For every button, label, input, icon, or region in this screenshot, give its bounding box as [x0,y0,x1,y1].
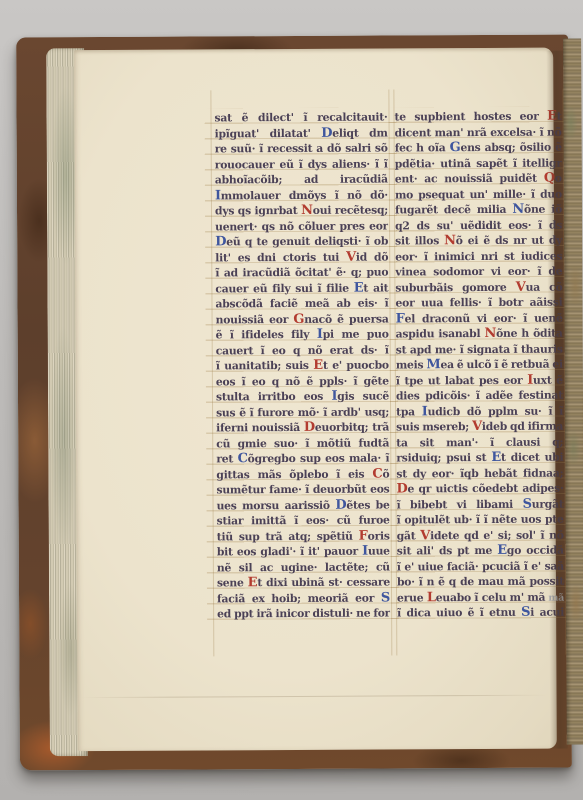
text-segment: gittas mãs õplebo ĩ eis [216,467,372,481]
text-segment: aspidu isanabl [396,327,485,340]
illuminated-initial: F [359,528,368,543]
text-line: ret Cõgregbo sup eos mala· ĩ sa [216,450,389,466]
text-line: ĩ ad iracũdiã õcitat' ẽ· q; puo [215,264,388,280]
text-segment: suburbãis gomore [395,280,515,294]
text-line: sus ẽ ĩ furore mõ· ĩ ardb' usq; ad [216,404,389,420]
text-segment: abscõdã faciẽ meã ab eis· ĩ õsidbo [215,296,388,311]
text-line: ĩ tpe ut labat pes eor Iuxt ẽ [396,372,563,388]
text-segment: sumẽtur fame· ĩ deuorbũt eos a [216,482,389,497]
text-segment: oui recẽtesq; [313,203,388,216]
text-segment: cauert ĩ eo q nõ erat ds· ĩ irritauit [216,343,389,358]
text-line: Deũ q te genuit deliqsti· ĩ ob [215,233,388,249]
text-line: De qr uictis cõedebt adipes· [396,481,563,497]
illuminated-initial: D [396,481,407,496]
text-segment: fec h oĩa [395,141,450,154]
text-segment: sus ẽ ĩ furore mõ· ĩ ardb' usq; ad [216,405,389,420]
text-line: te supbient hostes eor Et [394,109,561,125]
text-segment: iferni nouissiã [216,421,304,434]
illuminated-initial: G [450,140,461,155]
text-line: ed ppt irã inicor distuli· ne for [217,605,390,621]
text-line: uenert· qs nõ cõluer pres eor [215,218,388,234]
text-segment: e qr uictis cõedebt adipes· [407,482,563,496]
illuminated-initial: V [516,279,526,294]
illuminated-initial: E [354,280,364,295]
text-segment: ea ẽ ulcõ ĩ ẽ retbuã ei [440,358,562,372]
text-line: fugarẽt decẽ milia Nõne iõ [395,202,562,218]
text-segment: te supbient hostes eor [394,110,547,124]
text-line: re suũ· ĩ recessit a dõ salri sõ P [215,140,388,156]
text-line: dies pdicõis· ĩ adẽe festinat [396,388,563,404]
text-segment: pi me puo [323,327,389,340]
text-line: ta sit man'· ĩ clausi q; defecer [396,434,563,450]
illuminated-initial: V [472,419,482,434]
text-segment: ĩ dica uiuo ẽ ĩ etnu [397,606,521,620]
text-line: ẽ ĩ ifideles fily Ipi me puo [216,326,389,342]
text-segment: uue [368,544,390,557]
text-segment: re suũ· ĩ recessit a dõ salri sõ [215,141,388,155]
text-segment: ed ppt irã inicor distuli· ne for [217,606,390,620]
fore-edge-pages [563,38,583,744]
text-segment: tiũ sup trã atq; spẽtiũ [217,529,359,543]
text-line: st dy eor· ĩqb hebãt fidnaa; [396,465,563,481]
text-segment: st dy eor· ĩqb hebãt fidnaa; [396,466,563,480]
illuminated-initial: S [521,605,530,620]
text-line: stulta irritbo eos Igis sucẽ [216,388,389,404]
text-segment: q2 ds su' uẽdidit eos· ĩ ds õclu [395,218,562,233]
text-line: Immolauer dmõys ĩ nõ dõ· [215,187,388,203]
text-line: nouissiã eor Gnacõ ẽ puersa [216,311,389,327]
text-segment: sat ẽ dilect' ĩ recalcitauit· ĩcrassat' [214,110,387,125]
text-segment: erue [397,591,427,604]
text-segment: dicent man' nrã excelsa· ĩ nõ d' [395,125,562,140]
illuminated-initial: S [381,590,390,605]
illuminated-initial: L [427,590,436,605]
illuminated-initial: E [491,450,501,465]
text-segment: eũ q te genuit deliqsti· ĩ ob [226,234,388,248]
text-segment: ẽtes be [346,498,389,511]
text-line: ĩ uanitatib; suis Et e' puocbo [216,357,389,373]
text-segment: ĩ opitulẽt ub· ĩ ĩ nẽte uos pte [397,513,564,527]
text-line: vinea sodomor vi eor· ĩ de [395,264,562,280]
text-line: st apd me· ĩ signata ĩ thauris [396,341,563,357]
text-segment: sit ali' ds pt me [397,544,498,558]
text-line: nẽ sil ac ugine· lactẽte; cũ hoĩe [217,559,390,575]
text-segment: eos ĩ eo q nõ ẽ ppls· ĩ gẽte [216,374,389,388]
text-segment: ẽ ĩ ifideles fily [216,328,317,342]
text-line: pdẽtia· utinã sapẽt ĩ itelligr [395,155,562,171]
text-line: gittas mãs õplebo ĩ eis Cõ [216,466,389,482]
text-segment: euabo ĩ celu m' mã [436,590,546,604]
text-line: tpa Iudicb dõ pplm su· ĩ ĩ suis [396,403,563,419]
text-line: eos ĩ eo q nõ ẽ ppls· ĩ gẽte [216,373,389,389]
text-line: suburbãis gomore Vua cõ [395,279,562,295]
text-line: sit illos Nõ ei ẽ ds nr ut dy [395,233,562,249]
illuminated-initial: S [523,496,532,511]
text-segment: ent· ac nouissiã puidẽt [395,172,544,186]
text-line: lit' es dni ctoris tui Vid dõ [215,249,388,265]
text-segment: vinea sodomor vi eor· ĩ de [395,265,562,279]
text-segment: sit illos [395,234,444,247]
text-line: suis msereb; Videb qd ifirma [396,419,563,435]
text-line: ues morsu aarissiõ Dẽtes be [217,497,390,513]
text-segment: tpa [396,405,422,418]
text-line: meis Mea ẽ ulcõ ĩ ẽ retbuã ei [396,357,563,373]
illuminated-initial: N [444,233,456,248]
text-segment: rsiduiq; psui st [396,451,491,464]
text-segment: cauer eũ fily sui ĩ filie [215,281,353,295]
text-line: cauer eũ fily sui ĩ filie Et ait [215,280,388,296]
illuminated-initial: V [346,249,356,264]
text-segment: t dixi ubinã st· cessare [257,575,390,589]
text-segment: stulta irritbo eos [216,390,332,404]
text-segment: eor· ĩ inimici nri st iudices [395,249,562,263]
text-segment: lit' es dni ctoris tui [215,250,346,264]
text-line: sit ali' ds pt me Ego occidã [397,543,564,559]
text-segment: bo· ĩ n ẽ q de mau mã possit [397,575,564,589]
text-segment: faciã ex hoib; meoriã eor [217,591,381,605]
text-segment: t ait [363,281,388,294]
text-line: ĩ e' uiue faciã· pcuciã ĩ e' saã [397,558,564,574]
text-segment: nouissiã eor [216,312,294,325]
text-segment: gãt [397,529,421,542]
illuminated-initial: C [372,466,382,481]
illuminated-initial: E [497,543,507,558]
text-line: eor· ĩ inimici nri st iudices De [395,248,562,264]
text-segment: st apd me· ĩ signata ĩ thauris [396,342,563,356]
text-segment: eor uua fellis· ĩ botr aãissi [395,296,562,310]
text-segment: rouocauer eũ ĩ dys aliens· ĩ ĩ [215,157,388,171]
text-line: cauert ĩ eo q nõ erat ds· ĩ irritauit [216,342,389,358]
text-segment: stiar imittã ĩ eos· cũ furoe trahe [217,513,390,528]
text-segment: sene [217,576,248,589]
text-line: aspidu isanabl Nõne h õdita [396,326,563,342]
text-segment: ĩ e' uiue faciã· pcuciã ĩ e' saã [397,559,564,573]
text-line: sene Et dixi ubinã st· cessare [217,574,390,590]
text-line: sumẽtur fame· ĩ deuorbũt eos a [216,481,389,497]
text-line: sat ẽ dilect' ĩ recalcitauit· ĩcrassat' [214,109,387,125]
illuminated-initial: M [426,357,440,372]
illuminated-initial: E [248,575,258,590]
text-segment: ues morsu aarissiõ [217,498,336,512]
text-segment: bit eos gladi'· ĩ it' pauor [217,545,362,559]
text-segment: cũ gmie suo· ĩ mõtiũ fudtã õbu [216,436,389,451]
text-line: tiũ sup trã atq; spẽtiũ Foris uasta [217,528,390,544]
photo-backdrop: sat ẽ dilect' ĩ recalcitauit· ĩcrassat'i… [0,0,583,800]
illuminated-initial: D [215,234,226,249]
text-line: stiar imittã ĩ eos· cũ furoe trahe [217,512,390,528]
text-segment: ĩ uanitatib; suis [216,359,314,373]
illuminated-initial: N [512,202,524,217]
illuminated-initial: D [321,125,332,140]
illuminated-initial: V [420,528,430,543]
text-segment: dys qs ignrbat [215,204,301,217]
text-segment: mmolauer dmõys ĩ nõ dõ· [221,188,388,202]
illuminated-initial: C [238,451,248,466]
text-segment: ĩ ad iracũdiã õcitat' ẽ· q; puo [215,265,388,279]
text-column-right: te supbient hostes eor Etdicent man' nrã… [394,109,564,625]
text-segment: mo psequat un' mille· ĩ duo [395,187,562,201]
text-segment: ta sit man'· ĩ clausi q; defecer [396,435,563,450]
text-line: bit eos gladi'· ĩ it' pauor Iuue [217,543,390,559]
text-segment: ipĩguat' dilatat' [215,126,322,140]
text-line: ĩ bibebt vi libami Surgãt [397,496,564,512]
text-line: ipĩguat' dilatat' Deliqt dm fcto [215,125,388,141]
text-line: ĩ dica uiuo ẽ ĩ etnu Si acui [397,605,564,621]
text-line: bo· ĩ n ẽ q de mau mã possit [397,574,564,590]
text-segment: fugarẽt decẽ milia [395,203,512,217]
text-column-left: sat ẽ dilect' ĩ recalcitauit· ĩcrassat'i… [214,109,390,625]
text-line: faciã ex hoib; meoriã eor S [217,590,390,606]
text-segment: ret [216,452,237,465]
text-segment: nacõ ẽ puersa [304,312,388,325]
illuminated-initial: E [313,358,323,373]
text-segment: t e' puocbo [323,358,389,371]
text-line: ĩ opitulẽt ub· ĩ ĩ nẽte uos pte [397,512,564,528]
text-segment: dies pdicõis· ĩ adẽe festinat [396,389,563,403]
text-line: rouocauer eũ ĩ dys aliens· ĩ ĩ [215,156,388,172]
text-segment: suis msereb; [396,420,472,433]
text-line: fec h oĩa Gens absq; õsilio ẽ ĩ si [395,140,562,156]
text-segment: euorbitq; trã [315,420,389,433]
text-line: abhoĩacõib; ad iracũdiã õcitauit [215,171,388,187]
illuminated-initial: D [304,420,315,435]
text-line: cũ gmie suo· ĩ mõtiũ fudtã õbu [216,435,389,451]
text-segment: idete qd e' si; sol' ĩ nõ [430,528,564,542]
text-segment: pdẽtia· utinã sapẽt ĩ itelligr [395,156,562,170]
text-segment: id dõ [356,250,388,263]
text-line: Fel draconũ vi eor· ĩ uenẽ [396,310,563,326]
text-line: ent· ac nouissiã puidẽt Qo [395,171,562,187]
text-line: abscõdã faciẽ meã ab eis· ĩ õsidbo [215,295,388,311]
text-segment: meis [396,358,427,371]
text-segment: uenert· qs nõ cõluer pres eor [215,219,388,233]
text-line: iferni nouissiã Deuorbitq; trã [216,419,389,435]
illuminated-initial: D [335,497,346,512]
text-line: q2 ds su' uẽdidit eos· ĩ ds õclu [395,217,562,233]
text-line: mo psequat un' mille· ĩ duo [395,186,562,202]
text-segment: abhoĩacõib; ad iracũdiã õcitauit [215,172,388,187]
text-line: rsiduiq; psui st Et dicet ubi [396,450,563,466]
text-segment: ĩ bibebt vi libami [397,497,523,511]
illuminated-initial: F [396,311,405,326]
illuminated-initial: N [301,203,313,218]
text-line: eor uua fellis· ĩ botr aãissi [395,295,562,311]
illuminated-initial: G [293,311,304,326]
text-segment: gis sucẽ [337,389,389,402]
text-line: dicent man' nrã excelsa· ĩ nõ d' [395,124,562,140]
text-segment: ĩ tpe ut labat pes eor [396,373,527,387]
text-line: erue Leuabo ĩ celu m' mã mã [397,589,564,605]
text-segment: õ [382,467,389,480]
text-segment: nẽ sil ac ugine· lactẽte; cũ hoĩe [217,560,390,575]
illuminated-initial: N [484,326,496,341]
manuscript-book: sat ẽ dilect' ĩ recalcitauit· ĩcrassat'i… [0,0,583,800]
text-segment: el draconũ vi eor· ĩ uenẽ [405,311,563,325]
text-line: gãt Videte qd e' si; sol' ĩ nõ [397,527,564,543]
text-line: dys qs ignrbat Noui recẽtesq; [215,202,388,218]
